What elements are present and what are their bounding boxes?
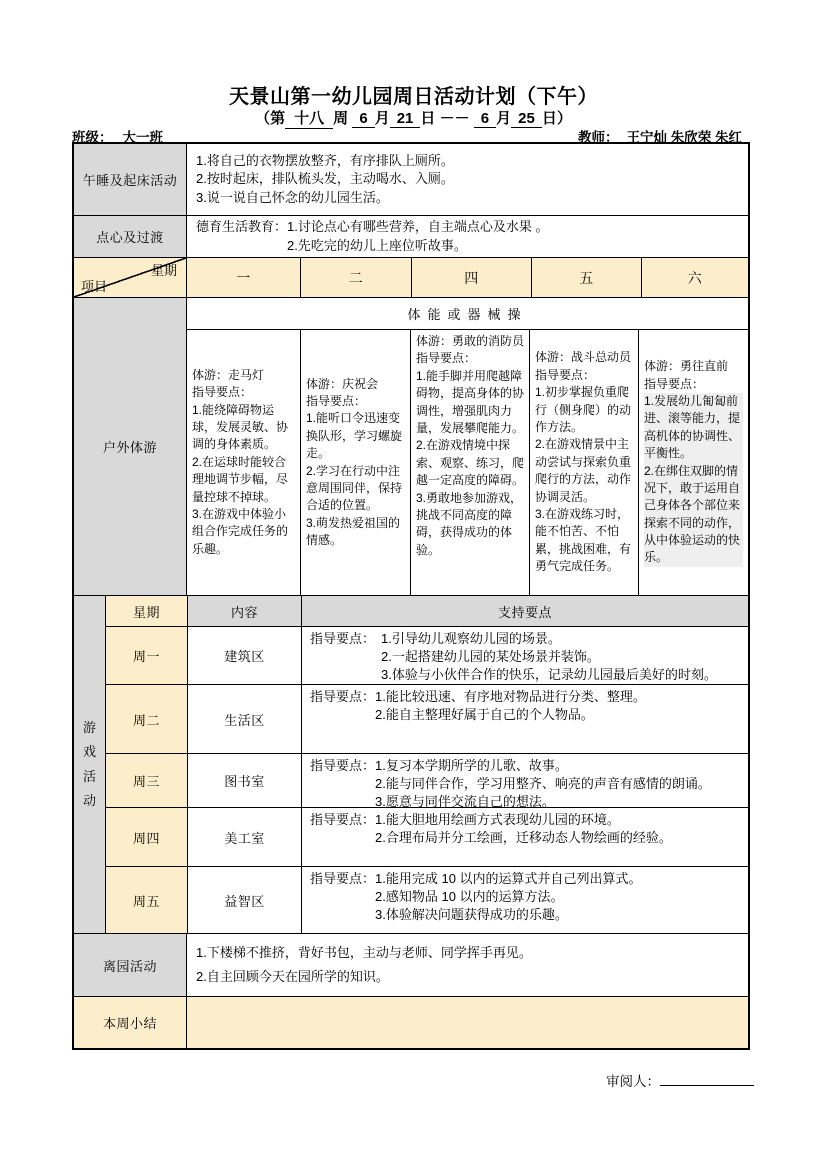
day-header-sat: 六 [641,258,748,297]
game-points-cell: 指导要点： 1.能用完成 10 以内的运算式并自己列出算式。 2.感知物品 10… [301,867,748,934]
summary-row-label: 本周小结 [74,997,186,1048]
activity-title: 体游：战斗总动员 [535,349,633,366]
reviewer-field: 审阅人： [606,1070,754,1090]
nap-item: 1.将自己的衣物摆放整齐，有序排队上厕所。 [196,152,739,170]
game-points-cell: 指导要点： 1.引导幼儿观察幼儿园的场景。 2.一起搭建幼儿园的某处场景并装饰。… [301,627,748,684]
game-points-cell: 指导要点： 1.能比较迅速、有序地对物品进行分类、整理。 2.能自主整理好属于自… [301,685,748,753]
subtitle-day1-unit: 日 [420,110,435,127]
game-points-cell: 指导要点： 1.能大胆地用绘画方式表现幼儿园的环境。 2.合理布局并分工绘画，迁… [301,808,748,866]
activity-item: 3.在游戏练习时，能不怕苦、不怕累，挑战困难，有勇气完成任务。 [535,506,633,576]
corner-week-label: 星期 [151,260,177,279]
snack-row-content: 德育生活教育： 1.讨论点心有哪些营养，自主端点心及水果 。 2.先吃完的幼儿上… [186,216,748,257]
activity-item: 1.能听口令迅速变换队形，学习螺旋走。 [306,410,405,462]
games-vertical-label-cell: 游戏活动 [74,596,105,933]
games-row-wed: 周三 图书室 指导要点： 1.复习本学期所学的儿歌、故事。 2.能与同伴合作，学… [106,753,748,807]
activity-item: 1.发展幼儿匍匐前进、滚等能力，提高机体的协调性、平衡性。 [644,393,743,463]
day-header-tue: 二 [300,258,411,297]
activity-item: 1.能绕障碍物运球，发展灵敏、协调的身体素质。 [192,402,295,454]
nap-row: 午睡及起床活动 1.将自己的衣物摆放整齐，有序排队上厕所。 2.按时起床，排队梳… [74,144,748,215]
guide-prefix: 指导要点： [310,870,375,888]
snack-row: 点心及过渡 德育生活教育： 1.讨论点心有哪些营养，自主端点心及水果 。 2.先… [74,215,748,257]
guide-points-label: 指导要点： [644,376,743,393]
subtitle-open: （第 [255,110,285,127]
games-week-header: 星期 [106,596,187,626]
guide-prefix: 指导要点： [310,630,375,648]
guide-points-label: 指导要点： [306,393,405,410]
activity-item: 2.在游戏情景中主动尝试与探索负重爬行的方法，动作协调灵活。 [535,436,633,506]
game-week-cell: 周二 [106,685,187,753]
weekday-header-row: 星期 项目 一 二 四 五 六 [74,257,748,297]
snack-item: 1.讨论点心有哪些营养，自主端点心及水果 。 [287,218,548,236]
day-header-thu: 四 [411,258,531,297]
nap-item: 2.按时起床，排队梳头发，主动喝水、入厕。 [196,170,739,188]
summary-row-content [186,997,748,1048]
game-week-cell: 周五 [106,867,187,934]
game-item: 3.体验与小伙伴合作的快乐，记录幼儿园最后美好的时刻。 [381,666,717,684]
outdoor-play-row: 户外体游 体能或器械操 体游：走马灯 指导要点： 1.能绕障碍物运球，发展灵敏、… [74,297,748,595]
games-row-mon: 周一 建筑区 指导要点： 1.引导幼儿观察幼儿园的场景。 2.一起搭建幼儿园的某… [106,626,748,684]
games-content-header: 内容 [187,596,301,626]
activity-item: 3.萌发热爱祖国的情感。 [306,515,405,550]
game-item: 1.复习本学期所学的儿歌、故事。 [375,757,711,775]
subtitle-month2-unit: 月 [496,110,511,127]
corner-header-cell: 星期 项目 [74,258,186,297]
activity-title: 体游：勇往直前 [644,358,743,375]
game-item: 2.能自主整理好属于自己的个人物品。 [375,706,646,724]
guide-prefix: 指导要点： [310,757,375,775]
activity-item: 2.学习在行动中注意周围同伴，保持合适的位置。 [306,463,405,515]
game-item: 2.一起搭建幼儿园的某处场景并装饰。 [381,648,717,666]
outdoor-content-area: 体能或器械操 体游：走马灯 指导要点： 1.能绕障碍物运球，发展灵敏、协调的身体… [186,298,748,595]
corner-project-label: 项目 [81,276,107,295]
activity-title: 体游：庆祝会 [306,376,405,393]
game-week-cell: 周一 [106,627,187,684]
game-item: 1.能用完成 10 以内的运算式并自己列出算式。 [375,870,642,888]
game-week-cell: 周三 [106,754,187,807]
game-item: 2.合理布局并分工绘画，迁移动态人物绘画的经验。 [375,829,672,847]
outdoor-row-label: 户外体游 [74,298,186,595]
leave-item: 1.下楼梯不推挤，背好书包，主动与老师、同学挥手再见。 [196,941,739,965]
subtitle-month1-unit: 月 [375,110,390,127]
leave-row: 离园活动 1.下楼梯不推挤，背好书包，主动与老师、同学挥手再见。 2.自主回顾今… [74,933,748,996]
game-item: 2.能与同伴合作，学习用整齐、响亮的声音有感情的朗诵。 [375,775,711,793]
games-row-fri: 周五 益智区 指导要点： 1.能用完成 10 以内的运算式并自己列出算式。 2.… [106,866,748,934]
activity-item: 3.在游戏中体验小组合作完成任务的乐趣。 [192,506,295,558]
games-row-tue: 周二 生活区 指导要点： 1.能比较迅速、有序地对物品进行分类、整理。 2.能自… [106,684,748,753]
nap-row-content: 1.将自己的衣物摆放整齐，有序排队上厕所。 2.按时起床，排队梳头发，主动喝水、… [186,144,748,215]
guide-prefix: 指导要点： [310,811,375,829]
game-area-cell: 建筑区 [187,627,301,684]
guide-points-label: 指导要点： [192,384,295,401]
outdoor-cell-mon: 体游：走马灯 指导要点： 1.能绕障碍物运球，发展灵敏、协调的身体素质。 2.在… [187,330,300,595]
outdoor-cell-fri: 体游：战斗总动员 指导要点： 1.初步掌握负重爬行（侧身爬）的动作方法。 2.在… [529,330,638,595]
guide-points-label: 指导要点： [416,350,524,367]
weekly-plan-table: 午睡及起床活动 1.将自己的衣物摆放整齐，有序排队上厕所。 2.按时起床，排队梳… [72,142,750,1050]
games-table: 星期 内容 支持要点 周一 建筑区 指导要点： 1.引导幼儿观察幼儿园的场景。 … [105,596,748,933]
leave-item: 2.自主回顾今天在园所学的知识。 [196,965,739,989]
nap-row-label: 午睡及起床活动 [74,144,186,215]
activity-item: 2.在绑住双脚的情况下，敢于运用自己身体各个部位来探索不同的动作，从中体验运动的… [644,463,743,567]
reviewer-label: 审阅人： [606,1074,660,1089]
outdoor-cells-row: 体游：走马灯 指导要点： 1.能绕障碍物运球，发展灵敏、协调的身体素质。 2.在… [187,329,748,595]
activity-item: 2.在游戏情境中探索、观察、练习，爬越一定高度的障碍。 [416,437,524,489]
activity-item: 2.在运球时能较合理地调节步幅，尽量控球不掉球。 [192,454,295,506]
snack-item: 2.先吃完的幼儿上座位听故事。 [287,237,548,255]
reviewer-signature-blank [660,1071,754,1086]
game-item: 3.体验解决问题获得成功的乐趣。 [375,906,642,924]
subtitle-close: 日） [542,110,572,127]
page-title: 天景山第一幼儿园周日活动计划（下午） [0,80,827,109]
outdoor-cell-tue: 体游：庆祝会 指导要点： 1.能听口令迅速变换队形，学习螺旋走。 2.学习在行动… [300,330,410,595]
game-area-cell: 益智区 [187,867,301,934]
guide-prefix: 指导要点： [310,688,375,706]
snack-row-label: 点心及过渡 [74,216,186,257]
game-item: 1.引导幼儿观察幼儿园的场景。 [381,630,717,648]
games-points-header: 支持要点 [301,596,748,626]
game-item: 1.能大胆地用绘画方式表现幼儿园的环境。 [375,811,672,829]
day-header-fri: 五 [531,258,641,297]
activity-title: 体游：勇敢的消防员 [416,333,524,350]
games-section: 游戏活动 星期 内容 支持要点 周一 建筑区 指导要点： 1.引导幼儿观察幼儿 [74,595,748,933]
exercise-banner-cell: 体能或器械操 [187,298,748,329]
leave-row-label: 离园活动 [74,934,186,996]
activity-title: 体游：走马灯 [192,367,295,384]
outdoor-cell-sat: 体游：勇往直前 指导要点： 1.发展幼儿匍匐前进、滚等能力，提高机体的协调性、平… [638,330,748,595]
subtitle-week-unit: 周 [333,110,348,127]
games-vertical-label: 游戏活动 [82,716,97,812]
activity-item: 1.初步掌握负重爬行（侧身爬）的动作方法。 [535,384,633,436]
game-week-cell: 周四 [106,808,187,866]
document-page: 天景山第一幼儿园周日活动计划（下午） （第十八周 6月21日 －－ 6月25日）… [0,0,827,1170]
subtitle-dash: －－ [440,110,470,127]
guide-points-label: 指导要点： [535,367,633,384]
activity-item: 1.能手脚并用爬越障碍物，提高身体的协调性，增强肌肉力量，发展攀爬能力。 [416,368,524,438]
day-header-mon: 一 [186,258,300,297]
game-item: 1.能比较迅速、有序地对物品进行分类、整理。 [375,688,646,706]
game-area-cell: 生活区 [187,685,301,753]
outdoor-cell-thu: 体游：勇敢的消防员 指导要点： 1.能手脚并用爬越障碍物，提高身体的协调性，增强… [410,330,529,595]
game-points-cell: 指导要点： 1.复习本学期所学的儿歌、故事。 2.能与同伴合作，学习用整齐、响亮… [301,754,748,807]
game-item: 2.感知物品 10 以内的运算方法。 [375,888,642,906]
games-header-row: 星期 内容 支持要点 [106,596,748,626]
moral-education-prefix: 德育生活教育： [196,218,287,236]
activity-item: 3.勇敢地参加游戏，挑战不同高度的障碍，获得成功的体验。 [416,490,524,560]
nap-item: 3.说一说自己怀念的幼儿园生活。 [196,189,739,207]
games-row-thu: 周四 美工室 指导要点： 1.能大胆地用绘画方式表现幼儿园的环境。 2.合理布局… [106,807,748,866]
leave-row-content: 1.下楼梯不推挤，背好书包，主动与老师、同学挥手再见。 2.自主回顾今天在园所学… [186,934,748,996]
game-area-cell: 美工室 [187,808,301,866]
summary-row: 本周小结 [74,996,748,1048]
game-area-cell: 图书室 [187,754,301,807]
game-item: 3.愿意与同伴交流自己的想法。 [375,793,711,807]
